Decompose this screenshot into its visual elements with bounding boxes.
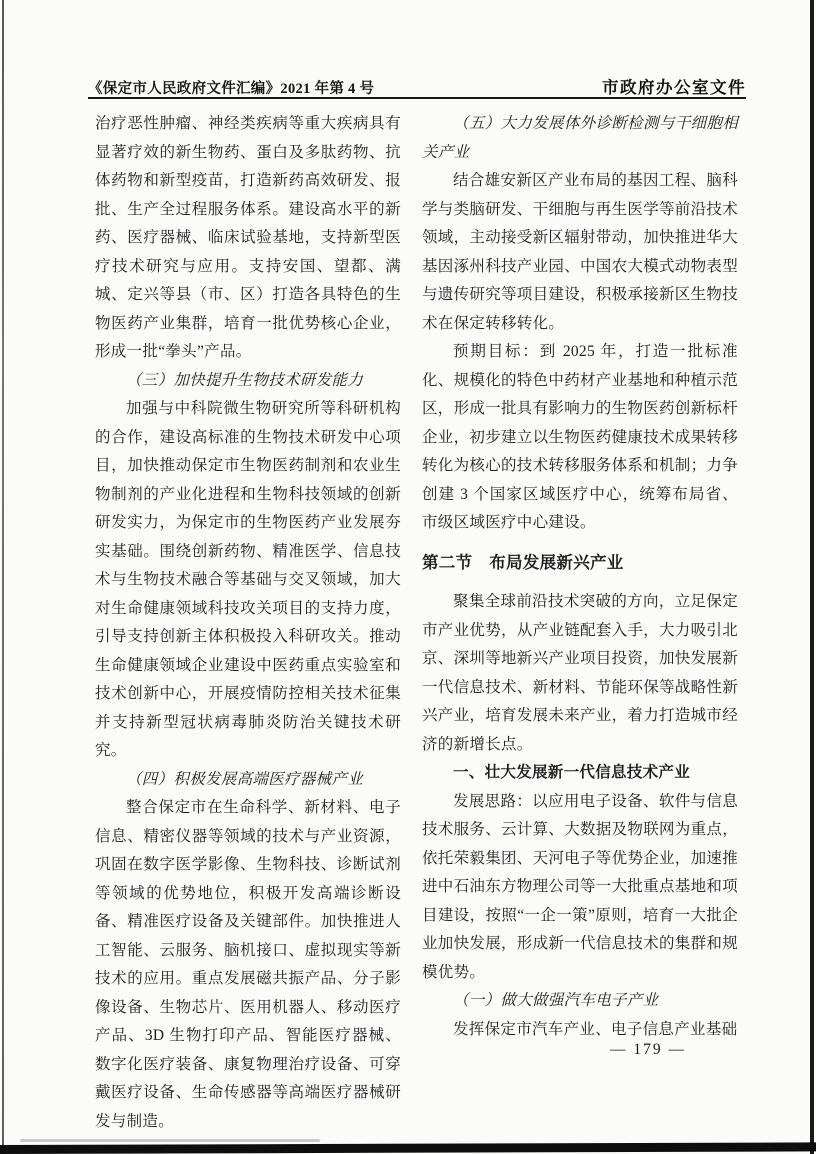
subsection-heading-4: （四）积极发展高端医疗器械产业 (95, 766, 401, 795)
paragraph: 结合雄安新区产业布局的基因工程、脑科学与类脑研发、干细胞与再生医学等前沿技术领域… (422, 167, 738, 338)
right-column: （五）大力发展体外诊断检测与干细胞相关产业 结合雄安新区产业布局的基因工程、脑科… (422, 110, 738, 1136)
paragraph: 加强与中科院微生物研究所等科研机构的合作，建设高标准的生物技术研发中心项目，加快… (95, 395, 401, 766)
paragraph: 发挥保定市汽车产业、电子信息产业基础 (422, 1016, 738, 1045)
paragraph: 预期目标：到 2025 年，打造一批标准化、规模化的特色中药材产业基地和种植示范… (422, 338, 738, 538)
paragraph: 整合保定市在生命科学、新材料、电子信息、精密仪器等领域的技术与产业资源，巩固在数… (95, 794, 401, 1136)
paragraph: 聚集全球前沿技术突破的方向，立足保定市产业优势，从产业链配套入手，大力吸引北京、… (422, 588, 738, 759)
subsection-heading-5: （五）大力发展体外诊断检测与干细胞相关产业 (422, 110, 738, 167)
document-page: 《保定市人民政府文件汇编》2021 年第 4 号 市政府办公室文件 治疗恶性肿瘤… (0, 0, 816, 1154)
header-publication-title: 《保定市人民政府文件汇编》2021 年第 4 号 (88, 77, 374, 98)
page-header: 《保定市人民政府文件汇编》2021 年第 4 号 市政府办公室文件 (88, 74, 746, 98)
subsection-heading-1-bold: 一、壮大发展新一代信息技术产业 (422, 759, 738, 788)
subsection-heading-1-kaiti: （一）做大做强汽车电子产业 (422, 987, 738, 1016)
paragraph: 发展思路：以应用电子设备、软件与信息技术服务、云计算、大数据及物联网为重点，依托… (422, 788, 738, 988)
header-document-category: 市政府办公室文件 (602, 74, 746, 98)
subsection-heading-3: （三）加快提升生物技术研发能力 (95, 367, 401, 396)
scan-edge-bottom (0, 1142, 816, 1154)
page-number: — 179 — (610, 1041, 686, 1059)
header-rule (88, 97, 746, 99)
scan-smudge (20, 1139, 320, 1142)
page-content: 治疗恶性肿瘤、神经类疾病等重大疾病具有显著疗效的新生物药、蛋白及多肽药物、抗体药… (95, 110, 738, 1136)
paragraph-continuation: 治疗恶性肿瘤、神经类疾病等重大疾病具有显著疗效的新生物药、蛋白及多肽药物、抗体药… (95, 110, 401, 367)
left-column: 治疗恶性肿瘤、神经类疾病等重大疾病具有显著疗效的新生物药、蛋白及多肽药物、抗体药… (95, 110, 401, 1136)
section-heading-2: 第二节 布局发展新兴产业 (422, 549, 738, 578)
scan-edge-right (810, 0, 814, 1154)
scan-edge-left (2, 0, 4, 1154)
